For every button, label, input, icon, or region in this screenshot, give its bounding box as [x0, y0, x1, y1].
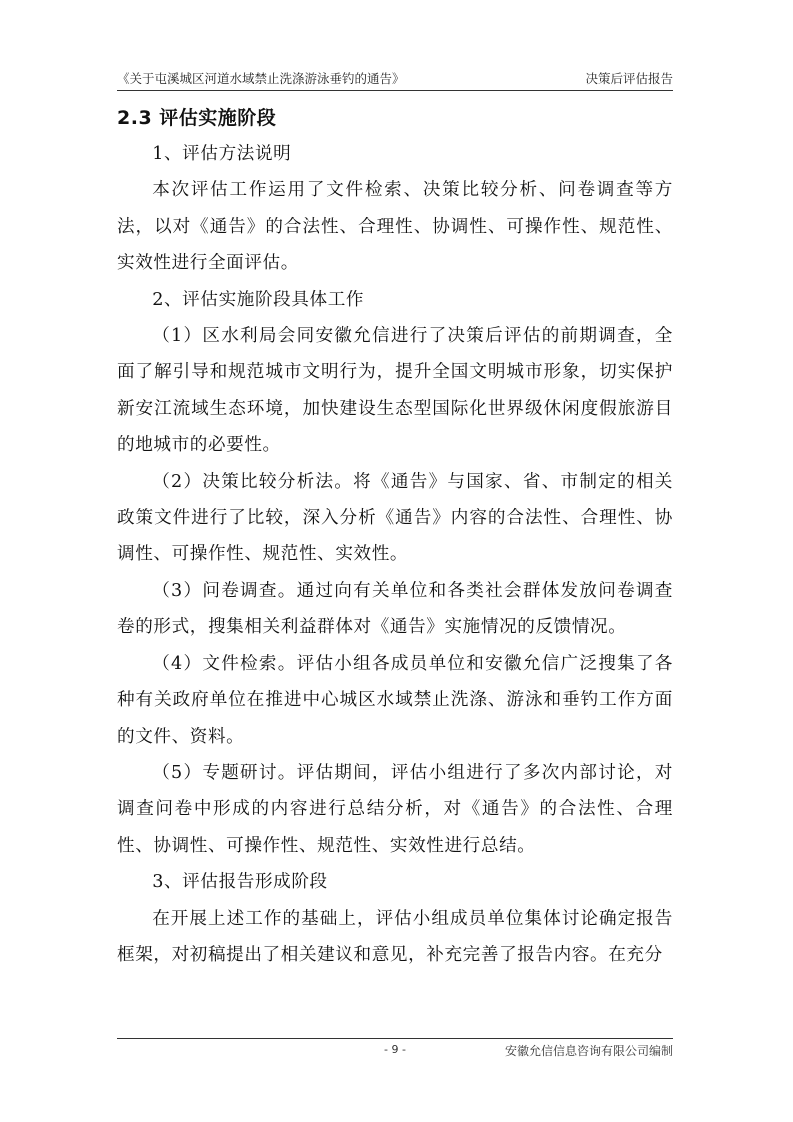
- paragraph-item-5: （5）专题研讨。评估期间，评估小组进行了多次内部讨论，对调查问卷中形成的内容进行…: [117, 755, 673, 864]
- report-type-header: 决策后评估报告: [585, 69, 673, 87]
- document-title-header: 《关于屯溪城区河道水域禁止洗涤游泳垂钓的通告》: [117, 69, 405, 87]
- page-header: 《关于屯溪城区河道水域禁止洗涤游泳垂钓的通告》 决策后评估报告: [117, 70, 673, 91]
- paragraph-method: 本次评估工作运用了文件检索、决策比较分析、问卷调查等方法，以对《通告》的合法性、…: [117, 172, 673, 281]
- paragraph-item-3: （3）问卷调查。通过向有关单位和各类社会群体发放问卷调查卷的形式，搜集相关利益群…: [117, 573, 673, 646]
- paragraph-item-2: （2）决策比较分析法。将《通告》与国家、省、市制定的相关政策文件进行了比较，深入…: [117, 464, 673, 573]
- paragraph-report-formation: 在开展上述工作的基础上，评估小组成员单位集体讨论确定报告框架，对初稿提出了相关建…: [117, 901, 673, 974]
- subheading-report-formation: 3、评估报告形成阶段: [117, 864, 673, 900]
- organization-credit: 安徽允信信息咨询有限公司编制: [505, 1042, 673, 1059]
- paragraph-item-4: （4）文件检索。评估小组各成员单位和安徽允信广泛搜集了各种有关政府单位在推进中心…: [117, 646, 673, 755]
- paragraph-item-1: （1）区水利局会同安徽允信进行了决策后评估的前期调查，全面了解引导和规范城市文明…: [117, 318, 673, 464]
- subheading-implementation: 2、评估实施阶段具体工作: [117, 282, 673, 318]
- page-footer: - 9 - 安徽允信信息咨询有限公司编制: [117, 1038, 673, 1063]
- section-title: 2.3 评估实施阶段: [117, 100, 673, 136]
- subheading-method: 1、评估方法说明: [117, 136, 673, 172]
- page-content: 2.3 评估实施阶段 1、评估方法说明 本次评估工作运用了文件检索、决策比较分析…: [117, 100, 673, 973]
